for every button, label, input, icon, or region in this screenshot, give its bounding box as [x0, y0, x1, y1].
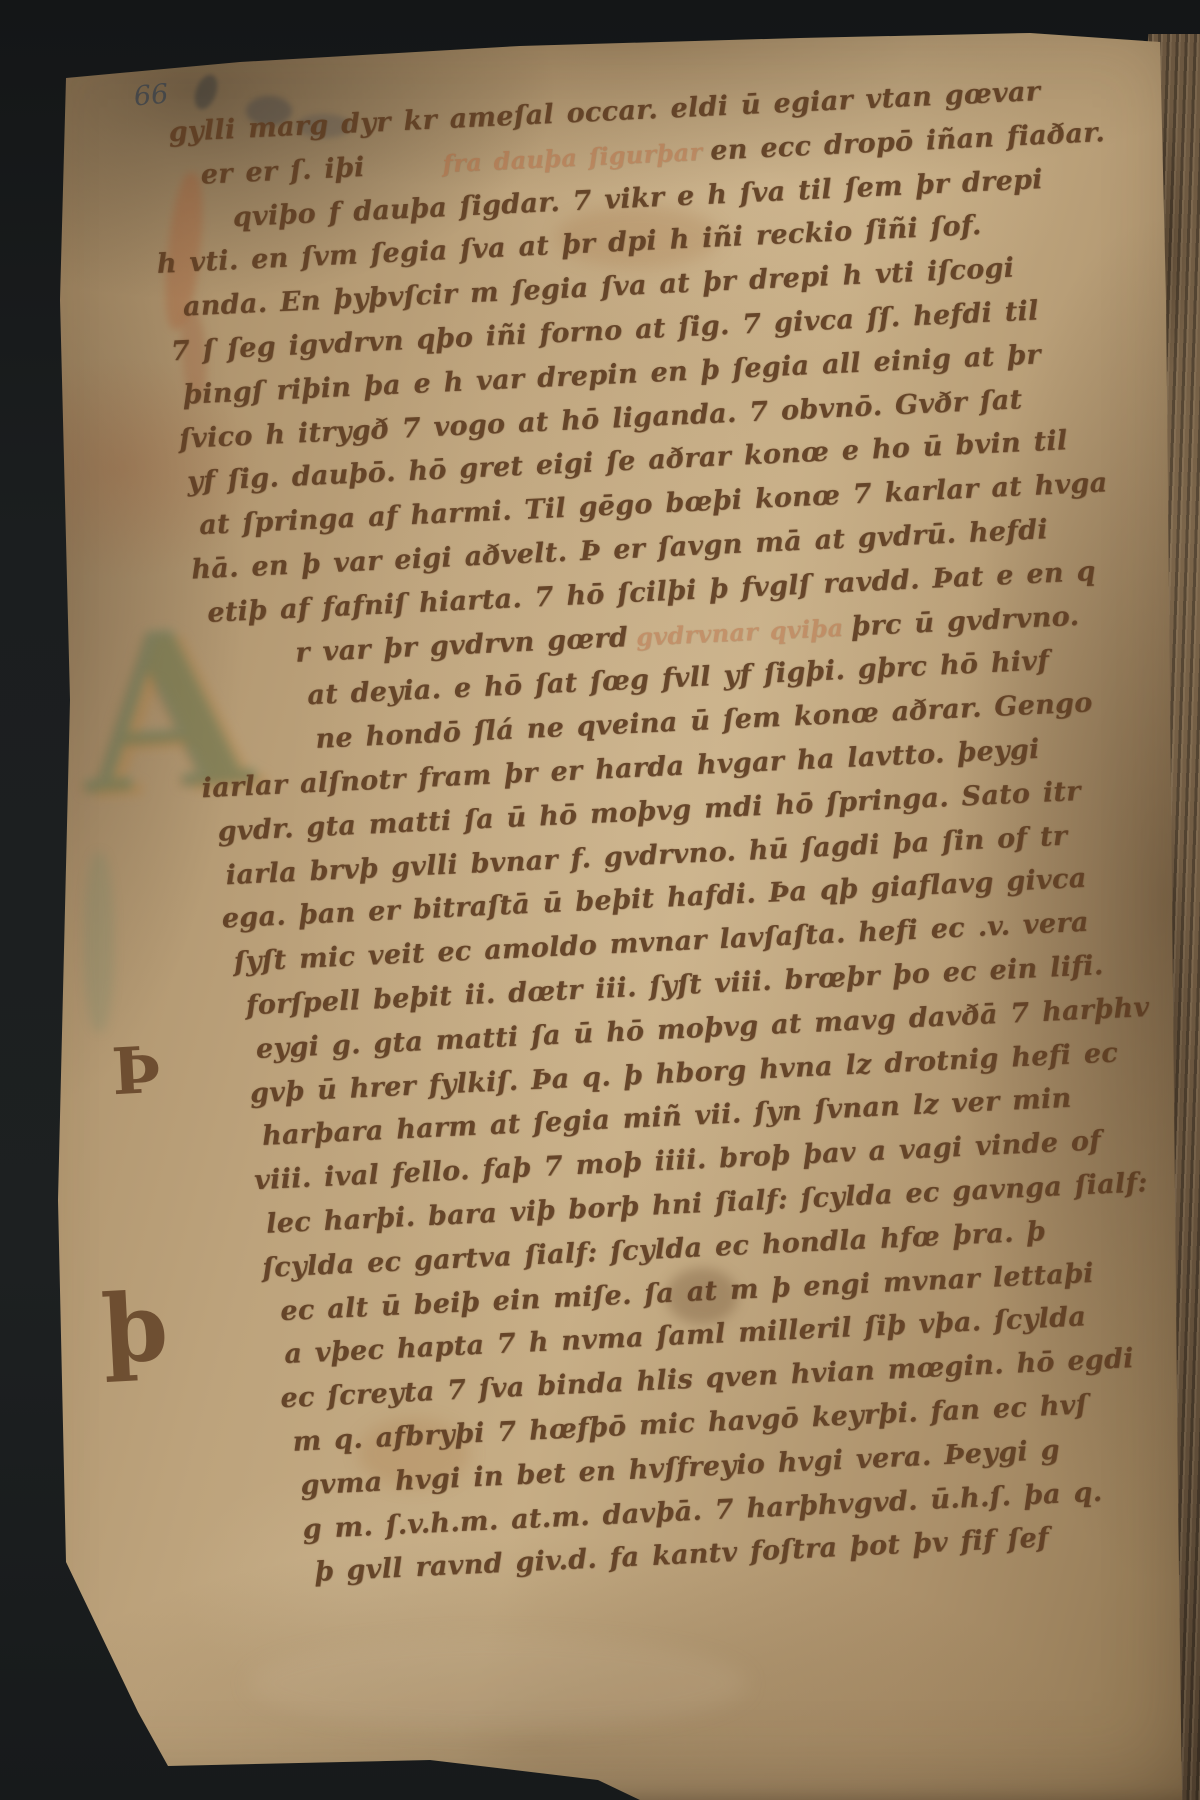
page-number: 66: [133, 79, 170, 113]
manuscript-text-block: gylli marg dyr kr ameſal occar. eldi ū e…: [150, 76, 1107, 1605]
pigment-smear: [84, 852, 114, 1032]
stain: [248, 1636, 748, 1731]
blank-space: [365, 172, 435, 175]
manuscript-photo: 66 A Þ þ gylli marg dyr kr ameſal occar.…: [0, 0, 1200, 1800]
marginal-initial-thorn: Þ: [110, 1039, 162, 1105]
parchment-page: 66 A Þ þ gylli marg dyr kr ameſal occar.…: [0, 0, 1200, 1800]
ink-smudge: [190, 72, 221, 113]
marginal-initial-thorn: þ: [100, 1280, 171, 1377]
text-segment: er er ſ. iþi: [200, 152, 365, 191]
